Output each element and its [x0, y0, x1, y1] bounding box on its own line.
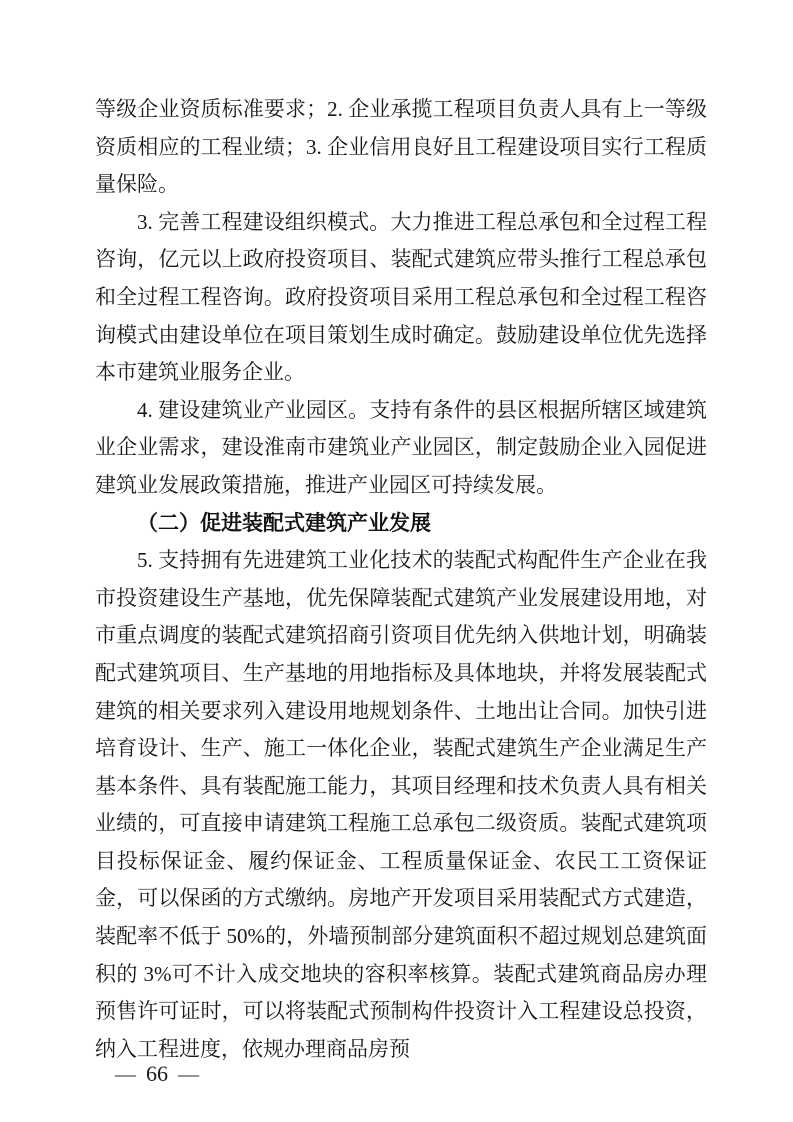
paragraph-continuation: 等级企业资质标准要求；2. 企业承揽工程项目负责人具有上一等级资质相应的工程业绩…: [95, 91, 707, 204]
document-body: 等级企业资质标准要求；2. 企业承揽工程项目负责人具有上一等级资质相应的工程业绩…: [95, 91, 707, 1068]
page-number-right-dash: —: [178, 1062, 199, 1086]
page-number-left-dash: —: [115, 1062, 136, 1086]
document-page: 等级企业资质标准要求；2. 企业承揽工程项目负责人具有上一等级资质相应的工程业绩…: [0, 0, 793, 1122]
page-number: 66: [136, 1061, 178, 1086]
page-footer: —66—: [94, 1035, 199, 1113]
section-heading-part-2: （二）促进装配式建筑产业发展: [95, 505, 707, 543]
paragraph-item-5: 5. 支持拥有先进建筑工业化技术的装配式构配件生产企业在我市投资建设生产基地，优…: [95, 542, 707, 1068]
paragraph-item-3: 3. 完善工程建设组织模式。大力推进工程总承包和全过程工程咨询，亿元以上政府投资…: [95, 204, 707, 392]
paragraph-item-4: 4. 建设建筑业产业园区。支持有条件的县区根据所辖区域建筑业企业需求，建设淮南市…: [95, 392, 707, 505]
